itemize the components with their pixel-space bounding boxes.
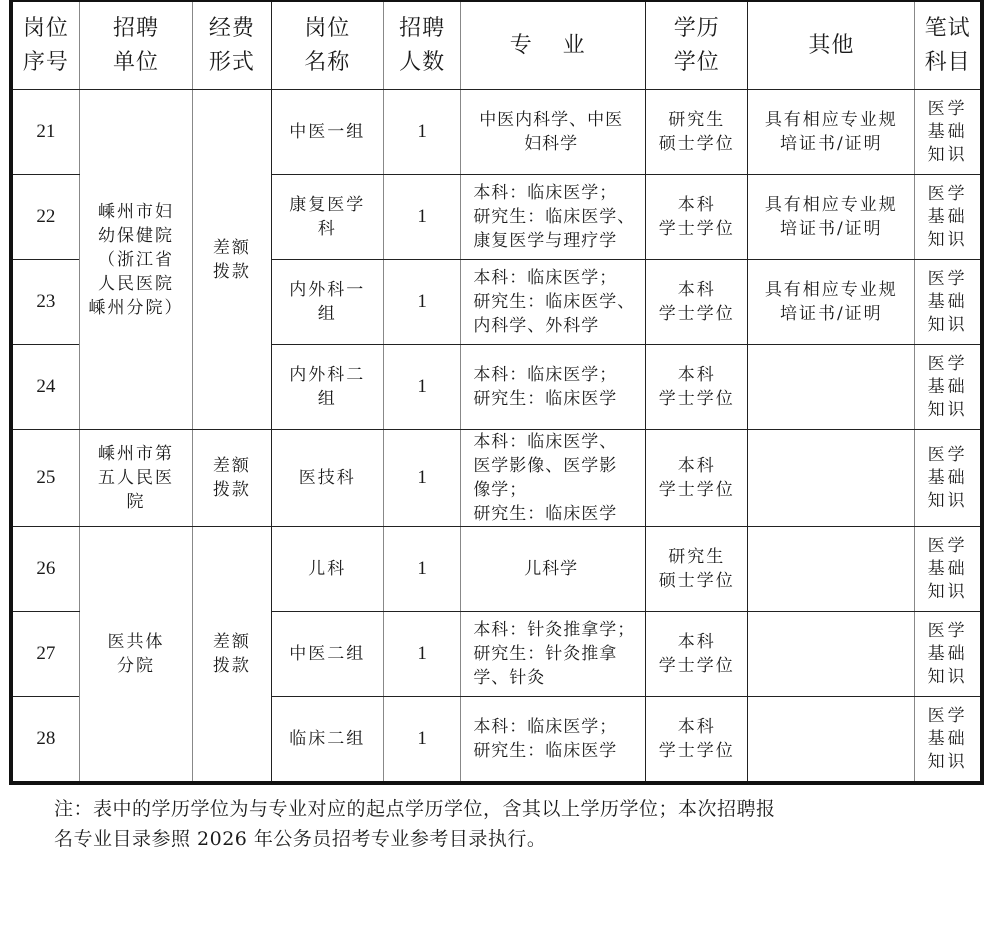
degree-text: 本科 [646, 363, 747, 387]
header-text: 笔试 [915, 12, 980, 46]
header-text: 序号 [13, 46, 79, 80]
other-text: 培证书/证明 [748, 217, 914, 241]
other-cell [748, 612, 915, 697]
header-text: 人数 [384, 46, 460, 80]
degree-text: 学士学位 [646, 739, 747, 763]
funding-text: 差额 [193, 236, 270, 260]
exam-cell: 医学 基础 知识 [915, 527, 982, 612]
position-text: 组 [272, 387, 383, 411]
table-row: 25 嵊州市第 五人民医 院 差额 拨款 医技科 1 本科：临床医学、 医学影像… [11, 430, 982, 527]
position-no: 22 [11, 175, 79, 260]
footnote-line: 注：表中的学历学位为与专业对应的起点学历学位，含其以上学历学位；本次招聘报 [54, 794, 954, 824]
header-text: 名称 [272, 46, 383, 80]
position-name: 医技科 [271, 430, 383, 527]
major-text: 本科：临床医学； [473, 266, 641, 290]
degree-text: 硕士学位 [646, 132, 747, 156]
unit-text: 嵊州市妇 [80, 200, 192, 224]
position-no: 23 [11, 260, 79, 345]
exam-text: 知识 [915, 751, 980, 774]
header-text: 单位 [80, 46, 192, 80]
exam-text: 医学 [915, 705, 980, 728]
recruit-count: 1 [384, 430, 461, 527]
major-cell: 本科：针灸推拿学； 研究生：针灸推拿 学、针灸 [461, 612, 646, 697]
footnote-line: 名专业目录参照 2026 年公务员招考专业参考目录执行。 [54, 824, 954, 854]
other-cell: 具有相应专业规 培证书/证明 [748, 175, 915, 260]
position-no: 26 [11, 527, 79, 612]
degree-text: 学士学位 [646, 387, 747, 411]
recruit-count: 1 [384, 527, 461, 612]
position-text: 中医一组 [272, 120, 383, 144]
major-text: 研究生：临床医学、 [473, 290, 641, 314]
other-text: 具有相应专业规 [748, 193, 914, 217]
position-name: 中医一组 [271, 90, 383, 175]
recruit-count: 1 [384, 697, 461, 784]
major-text: 像学； [473, 478, 641, 502]
unit-cell: 医共体 分院 [79, 527, 192, 784]
exam-text: 知识 [915, 229, 980, 252]
header-major: 专 业 [461, 1, 646, 90]
major-text: 本科：临床医学； [473, 715, 641, 739]
recruitment-table: 岗位 序号 招聘 单位 经费 形式 岗位 名称 招聘 人数 专 业 [9, 0, 984, 785]
funding-text: 差额 [193, 630, 270, 654]
degree-cell: 研究生 硕士学位 [646, 527, 748, 612]
header-text: 经费 [193, 12, 270, 46]
degree-text: 本科 [646, 630, 747, 654]
unit-cell: 嵊州市妇 幼保健院 （浙江省 人民医院 嵊州分院） [79, 90, 192, 430]
exam-text: 知识 [915, 399, 980, 422]
degree-text: 学士学位 [646, 302, 747, 326]
exam-text: 医学 [915, 444, 980, 467]
exam-text: 医学 [915, 620, 980, 643]
unit-text: 嵊州分院） [80, 296, 192, 320]
major-cell: 本科：临床医学； 研究生：临床医学、 康复医学与理疗学 [461, 175, 646, 260]
header-text: 招聘 [80, 12, 192, 46]
position-name: 儿科 [271, 527, 383, 612]
other-cell [748, 430, 915, 527]
header-text: 科目 [915, 46, 980, 80]
major-cell: 本科：临床医学； 研究生：临床医学 [461, 697, 646, 784]
degree-text: 本科 [646, 454, 747, 478]
funding-text: 拨款 [193, 260, 270, 284]
header-funding: 经费 形式 [193, 1, 271, 90]
table-row: 21 嵊州市妇 幼保健院 （浙江省 人民医院 嵊州分院） 差额 拨款 中医一组 … [11, 90, 982, 175]
position-no: 25 [11, 430, 79, 527]
major-text: 儿科学 [461, 557, 641, 581]
unit-cell: 嵊州市第 五人民医 院 [79, 430, 192, 527]
header-text: 学位 [646, 46, 747, 80]
position-text: 儿科 [272, 557, 383, 581]
degree-text: 本科 [646, 278, 747, 302]
header-text: 专 业 [461, 29, 645, 63]
header-text: 招聘 [384, 12, 460, 46]
exam-cell: 医学 基础 知识 [915, 345, 982, 430]
degree-cell: 研究生 硕士学位 [646, 90, 748, 175]
funding-text: 拨款 [193, 478, 270, 502]
position-text: 科 [272, 217, 383, 241]
position-name: 中医二组 [271, 612, 383, 697]
major-text: 康复医学与理疗学 [473, 229, 641, 253]
header-position-no: 岗位 序号 [11, 1, 79, 90]
unit-text: 五人民医 [80, 466, 192, 490]
major-text: 本科：临床医学； [473, 181, 641, 205]
degree-cell: 本科 学士学位 [646, 260, 748, 345]
exam-text: 知识 [915, 666, 980, 689]
exam-text: 医学 [915, 98, 980, 121]
other-cell [748, 345, 915, 430]
degree-cell: 本科 学士学位 [646, 697, 748, 784]
position-no: 24 [11, 345, 79, 430]
degree-cell: 本科 学士学位 [646, 345, 748, 430]
header-other: 其他 [748, 1, 915, 90]
funding-cell: 差额 拨款 [193, 430, 271, 527]
funding-cell: 差额 拨款 [193, 527, 271, 784]
exam-cell: 医学 基础 知识 [915, 430, 982, 527]
other-text: 具有相应专业规 [748, 278, 914, 302]
exam-text: 基础 [915, 376, 980, 399]
major-text: 本科：临床医学； [473, 363, 641, 387]
position-name: 临床二组 [271, 697, 383, 784]
recruit-count: 1 [384, 175, 461, 260]
other-cell [748, 697, 915, 784]
degree-text: 研究生 [646, 545, 747, 569]
major-text: 本科：临床医学、 [473, 430, 641, 454]
exam-cell: 医学 基础 知识 [915, 90, 982, 175]
major-text: 研究生：针灸推拿 [473, 642, 641, 666]
recruit-count: 1 [384, 612, 461, 697]
major-text: 研究生：临床医学 [473, 387, 641, 411]
exam-text: 基础 [915, 728, 980, 751]
position-name: 康复医学 科 [271, 175, 383, 260]
exam-text: 基础 [915, 467, 980, 490]
major-cell: 本科：临床医学； 研究生：临床医学 [461, 345, 646, 430]
degree-text: 学士学位 [646, 478, 747, 502]
exam-cell: 医学 基础 知识 [915, 697, 982, 784]
exam-cell: 医学 基础 知识 [915, 612, 982, 697]
unit-text: 医共体 [80, 630, 192, 654]
unit-text: 院 [80, 490, 192, 514]
major-cell: 本科：临床医学； 研究生：临床医学、 内科学、外科学 [461, 260, 646, 345]
header-text: 形式 [193, 46, 270, 80]
other-cell: 具有相应专业规 培证书/证明 [748, 260, 915, 345]
degree-cell: 本科 学士学位 [646, 612, 748, 697]
header-text: 其他 [748, 29, 914, 63]
exam-text: 基础 [915, 643, 980, 666]
exam-text: 知识 [915, 581, 980, 604]
exam-text: 医学 [915, 353, 980, 376]
exam-text: 知识 [915, 490, 980, 513]
degree-text: 研究生 [646, 108, 747, 132]
exam-text: 基础 [915, 291, 980, 314]
degree-cell: 本科 学士学位 [646, 430, 748, 527]
degree-text: 学士学位 [646, 217, 747, 241]
header-text: 岗位 [272, 12, 383, 46]
header-exam: 笔试 科目 [915, 1, 982, 90]
funding-cell: 差额 拨款 [193, 90, 271, 430]
table-footnote: 注：表中的学历学位为与专业对应的起点学历学位，含其以上学历学位；本次招聘报 名专… [54, 794, 954, 854]
exam-cell: 医学 基础 知识 [915, 260, 982, 345]
major-text: 内科学、外科学 [473, 314, 641, 338]
funding-text: 差额 [193, 454, 270, 478]
unit-text: 嵊州市第 [80, 442, 192, 466]
major-text: 本科：针灸推拿学； [473, 618, 641, 642]
recruit-count: 1 [384, 260, 461, 345]
major-cell: 儿科学 [461, 527, 646, 612]
exam-text: 医学 [915, 268, 980, 291]
exam-text: 基础 [915, 558, 980, 581]
unit-text: 人民医院 [80, 272, 192, 296]
position-name: 内外科二 组 [271, 345, 383, 430]
header-text: 岗位 [13, 12, 79, 46]
exam-text: 医学 [915, 535, 980, 558]
degree-text: 学士学位 [646, 654, 747, 678]
exam-text: 医学 [915, 183, 980, 206]
position-text: 内外科二 [272, 363, 383, 387]
major-text: 学、针灸 [473, 666, 641, 690]
other-text: 培证书/证明 [748, 132, 914, 156]
header-unit: 招聘 单位 [79, 1, 192, 90]
major-text: 妇科学 [461, 132, 641, 156]
unit-text: 分院 [80, 654, 192, 678]
header-row: 岗位 序号 招聘 单位 经费 形式 岗位 名称 招聘 人数 专 业 [11, 1, 982, 90]
funding-text: 拨款 [193, 654, 270, 678]
major-cell: 中医内科学、中医 妇科学 [461, 90, 646, 175]
major-cell: 本科：临床医学、 医学影像、医学影 像学； 研究生：临床医学 [461, 430, 646, 527]
other-cell [748, 527, 915, 612]
header-degree: 学历 学位 [646, 1, 748, 90]
header-position-name: 岗位 名称 [271, 1, 383, 90]
major-text: 研究生：临床医学 [473, 739, 641, 763]
exam-text: 知识 [915, 314, 980, 337]
other-text: 培证书/证明 [748, 302, 914, 326]
position-no: 28 [11, 697, 79, 784]
position-text: 组 [272, 302, 383, 326]
exam-cell: 医学 基础 知识 [915, 175, 982, 260]
unit-text: 幼保健院 [80, 224, 192, 248]
other-text: 具有相应专业规 [748, 108, 914, 132]
position-text: 中医二组 [272, 642, 383, 666]
recruit-count: 1 [384, 345, 461, 430]
position-no: 21 [11, 90, 79, 175]
recruitment-table-container: 岗位 序号 招聘 单位 经费 形式 岗位 名称 招聘 人数 专 业 [9, 0, 984, 785]
exam-text: 知识 [915, 144, 980, 167]
position-name: 内外科一 组 [271, 260, 383, 345]
unit-text: （浙江省 [80, 248, 192, 272]
major-text: 研究生：临床医学 [473, 502, 641, 526]
exam-text: 基础 [915, 206, 980, 229]
degree-text: 本科 [646, 715, 747, 739]
degree-text: 硕士学位 [646, 569, 747, 593]
other-cell: 具有相应专业规 培证书/证明 [748, 90, 915, 175]
position-no: 27 [11, 612, 79, 697]
position-text: 临床二组 [272, 727, 383, 751]
major-text: 医学影像、医学影 [473, 454, 641, 478]
major-text: 研究生：临床医学、 [473, 205, 641, 229]
exam-text: 基础 [915, 121, 980, 144]
major-text: 中医内科学、中医 [461, 108, 641, 132]
table-row: 26 医共体 分院 差额 拨款 儿科 1 儿科学 研究生 硕士学位 医学 [11, 527, 982, 612]
position-text: 医技科 [272, 466, 383, 490]
position-text: 内外科一 [272, 278, 383, 302]
header-count: 招聘 人数 [384, 1, 461, 90]
header-text: 学历 [646, 12, 747, 46]
degree-text: 本科 [646, 193, 747, 217]
degree-cell: 本科 学士学位 [646, 175, 748, 260]
position-text: 康复医学 [272, 193, 383, 217]
recruit-count: 1 [384, 90, 461, 175]
